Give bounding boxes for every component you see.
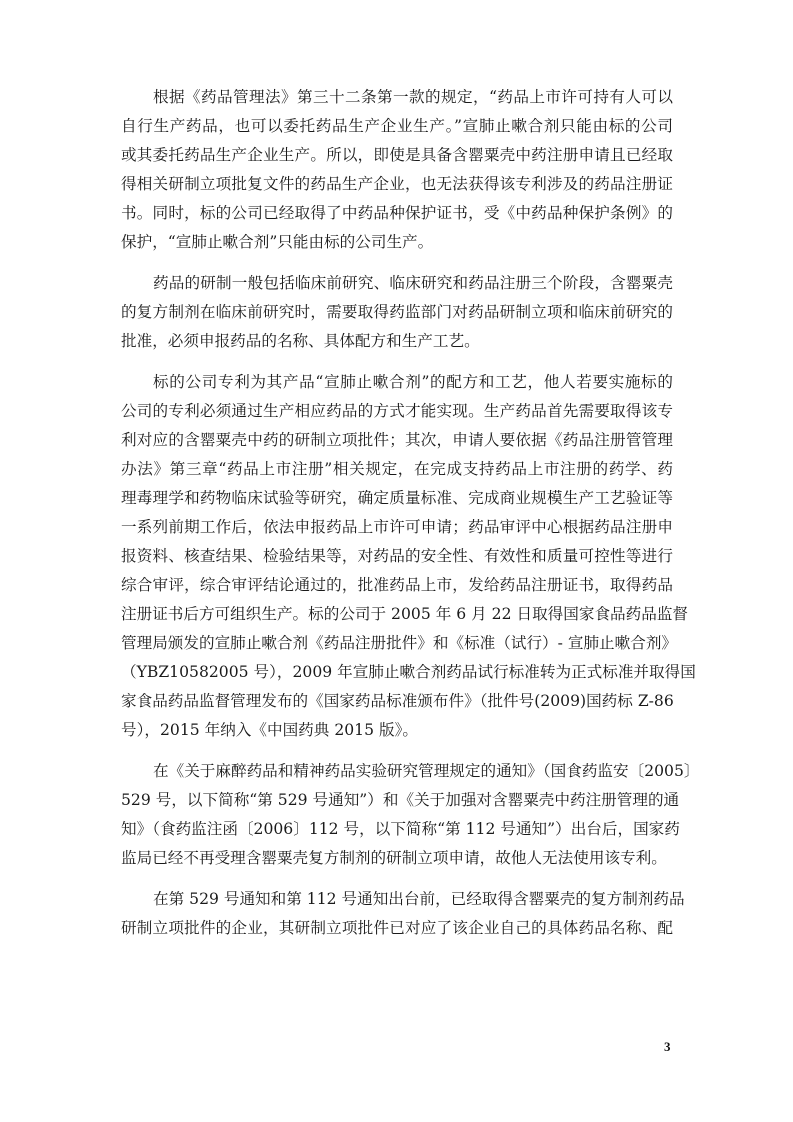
text-line: 在第 529 号通知和第 112 号通知出台前，已经取得含罂粟壳的复方制剂药品 [121,885,673,914]
text-line: 公司的专利必须通过生产相应药品的方式才能实现。生产药品首先需要取得该专 [121,397,673,426]
text-line: （YBZ10582005 号），2009 年宣肺止嗽合剂药品试行标准转为正式标准… [121,658,673,687]
text-line: 根据《药品管理法》第三十二条第一款的规定，“药品上市许可持有人可以 [121,83,673,112]
text-line: 注册证书后方可组织生产。标的公司于 2005 年 6 月 22 日取得国家食品药… [121,600,673,629]
text-line: 利对应的含罂粟壳中药的研制立项批件；其次，申请人要依据《药品注册管管理 [121,426,673,455]
text-line: 报资料、核查结果、检验结果等，对药品的安全性、有效性和质量可控性等进行 [121,542,673,571]
text-line: 号），2015 年纳入《中国药典 2015 版》。 [121,716,673,745]
text-line: 标的公司专利为其产品“宣肺止嗽合剂”的配方和工艺，他人若要实施标的 [121,368,673,397]
text-line: 管理局颁发的宣肺止嗽合剂《药品注册批件》和《标准（试行）- 宣肺止嗽合剂》 [121,629,673,658]
text-line: 书。同时，标的公司已经取得了中药品种保护证书，受《中药品种保护条例》的 [121,199,673,228]
page-number: 3 [664,1039,671,1055]
text-line: 自行生产药品，也可以委托药品生产企业生产。”宣肺止嗽合剂只能由标的公司 [121,112,673,141]
text-line: 综合审评，综合审评结论通过的，批准药品上市，发给药品注册证书，取得药品 [121,571,673,600]
text-line: 研制立项批件的企业，其研制立项批件已对应了该企业自己的具体药品名称、配 [121,914,673,943]
text-line: 知》（食药监注函〔2006〕112 号，以下简称“第 112 号通知”）出台后，… [121,815,673,844]
paragraph-regulatory-notices: 在《关于麻醉药品和精神药品实验研究管理规定的通知》（国食药监安〔2005〕 52… [121,757,673,873]
text-line: 药品的研制一般包括临床前研究、临床研究和药品注册三个阶段，含罂粟壳 [121,269,673,298]
text-line: 得相关研制立项批复文件的药品生产企业，也无法获得该专利涉及的药品注册证 [121,170,673,199]
document-page: 根据《药品管理法》第三十二条第一款的规定，“药品上市许可持有人可以 自行生产药品… [0,0,793,1122]
text-line: 或其委托药品生产企业生产。所以，即使是具备含罂粟壳中药注册申请且已经取 [121,141,673,170]
text-line: 保护，“宣肺止嗽合剂”只能由标的公司生产。 [121,228,673,257]
paragraph-patent-implementation: 标的公司专利为其产品“宣肺止嗽合剂”的配方和工艺，他人若要实施标的 公司的专利必… [121,368,673,745]
body-text: 根据《药品管理法》第三十二条第一款的规定，“药品上市许可持有人可以 自行生产药品… [121,83,673,955]
text-line: 的复方制剂在临床前研究时，需要取得药监部门对药品研制立项和临床前研究的 [121,298,673,327]
paragraph-drug-development-stages: 药品的研制一般包括临床前研究、临床研究和药品注册三个阶段，含罂粟壳 的复方制剂在… [121,269,673,356]
text-line: 批准，必须申报药品的名称、具体配方和生产工艺。 [121,327,673,356]
text-line: 在《关于麻醉药品和精神药品实验研究管理规定的通知》（国食药监安〔2005〕 [121,757,673,786]
text-line: 监局已经不再受理含罂粟壳复方制剂的研制立项申请，故他人无法使用该专利。 [121,844,673,873]
text-line: 一系列前期工作后，依法申报药品上市许可申请；药品审评中心根据药品注册申 [121,513,673,542]
text-line: 办法》第三章“药品上市注册”相关规定，在完成支持药品上市注册的药学、药 [121,455,673,484]
paragraph-marketing-authorization: 根据《药品管理法》第三十二条第一款的规定，“药品上市许可持有人可以 自行生产药品… [121,83,673,257]
paragraph-prior-approvals: 在第 529 号通知和第 112 号通知出台前，已经取得含罂粟壳的复方制剂药品 … [121,885,673,943]
text-line: 理毒理学和药物临床试验等研究，确定质量标准、完成商业规模生产工艺验证等 [121,484,673,513]
text-line: 家食品药品监督管理发布的《国家药品标准颁布件》（批件号(2009)国药标 Z-8… [121,687,673,716]
text-line: 529 号，以下简称“第 529 号通知”）和《关于加强对含罂粟壳中药注册管理的… [121,786,673,815]
